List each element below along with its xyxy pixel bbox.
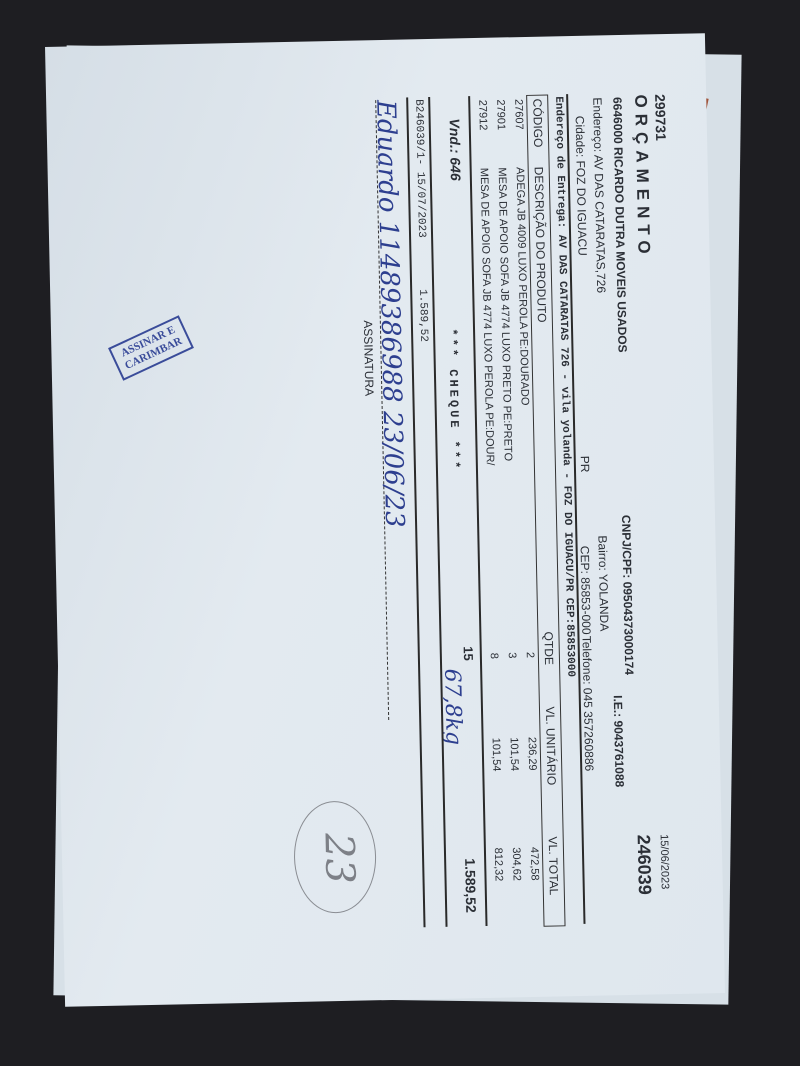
client-name: 6646000 RICARDO DUTRA MOVEIS USADOS <box>610 97 629 353</box>
city: Cidade: FOZ DO IGUACU <box>573 116 590 256</box>
neighborhood: Bairro: YOLANDA <box>595 535 611 631</box>
row-code: 27912 <box>476 100 489 131</box>
row-description: MESA DE APOIO SOFA JB 4774 LUXO PEROLA P… <box>478 168 496 466</box>
phone: Telefone: 045 357260886 <box>579 636 596 772</box>
cnpj: CNPJ/CPF: 09504373000174 <box>619 515 636 675</box>
row-total: 304,62 <box>510 847 523 881</box>
row-qty: 2 <box>524 652 536 658</box>
circled-number: 23 <box>316 833 363 885</box>
table-row: 27901 MESA DE APOIO SOFA JB 4774 LUXO PR… <box>676 74 694 954</box>
document-content: 299731 ORÇAMENTO 15/06/2023 246039 66460… <box>76 74 694 966</box>
installment: B246039/1- 15/07/2023 <box>412 99 427 238</box>
row-total: 812,32 <box>492 848 505 882</box>
signature-label: ASSINATURA <box>361 320 377 396</box>
table-row: 27912 MESA DE APOIO SOFA JB 4774 LUXO PE… <box>676 74 694 954</box>
table-row: 27607 ADEGA JB 4009 LUXO PEROLA PE:DOURA… <box>676 74 694 954</box>
quote-document: 299731 ORÇAMENTO 15/06/2023 246039 66460… <box>45 33 725 1007</box>
doc-date: 15/06/2023 <box>658 834 671 889</box>
header-unit-price: VL. UNITÁRIO <box>543 706 559 785</box>
total-qty: 15 <box>461 646 476 661</box>
state: PR <box>578 456 592 473</box>
row-code: 27607 <box>512 99 525 130</box>
row-description: MESA DE APOIO SOFA JB 4774 LUXO PRETO PE… <box>496 167 514 461</box>
header-qty: QTDE <box>541 631 556 665</box>
payment-method: *** CHEQUE *** <box>445 328 462 471</box>
control-number: 299731 <box>652 94 669 141</box>
vendor: Vnd.: 646 <box>447 118 464 181</box>
row-code: 27901 <box>494 99 507 130</box>
row-unit: 101,54 <box>508 737 521 771</box>
state-registration: I.E.: 9043761088 <box>611 695 627 787</box>
row-qty: 8 <box>488 653 500 659</box>
handwritten-signature: Eduardo 11489386988 23/06/23 <box>370 100 409 528</box>
quote-number: 246039 <box>633 834 655 895</box>
doc-title: ORÇAMENTO <box>630 94 653 260</box>
row-qty: 3 <box>506 652 518 658</box>
address: Endereço: AV DAS CATARATAS,726 <box>590 97 608 293</box>
row-unit: 101,54 <box>490 738 503 772</box>
total-value: 1.589,52 <box>462 858 479 913</box>
installment-value: 1.589,52 <box>416 289 429 342</box>
cep: CEP: 85853-000 <box>578 546 594 635</box>
header-total: VL. TOTAL <box>546 836 561 895</box>
header-code: CÓDIGO <box>530 99 545 148</box>
row-total: 472,58 <box>528 847 541 881</box>
row-unit: 236,29 <box>526 737 539 771</box>
